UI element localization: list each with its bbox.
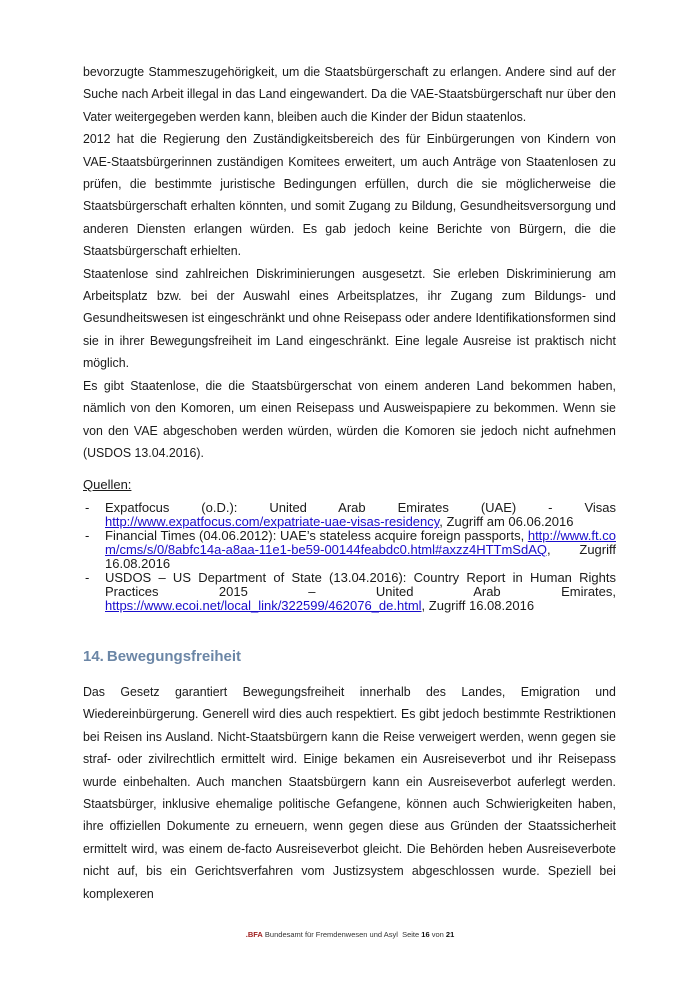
paragraph: Das Gesetz garantiert Bewegungsfreiheit … (83, 681, 616, 905)
paragraph: 2012 hat die Regierung den Zuständigkeit… (83, 128, 616, 262)
of-label: von (432, 930, 444, 939)
list-dash: - (85, 571, 89, 585)
section-heading: 14.Bewegungsfreiheit (83, 648, 241, 665)
section-title: Bewegungsfreiheit (107, 648, 241, 665)
paragraph: Staatenlose sind zahlreichen Diskriminie… (83, 263, 616, 375)
source-text: Expatfocus (o.D.): United Arab Emirates … (105, 500, 616, 515)
paragraph: bevorzugte Stammeszugehörigkeit, um die … (83, 61, 616, 128)
source-link[interactable]: https://www.ecoi.net/local_link/322599/4… (105, 598, 422, 613)
paragraph: Es gibt Staatenlose, die die Staatsbürge… (83, 375, 616, 465)
sources-section: Quellen: - Expatfocus (o.D.): United Ara… (83, 478, 616, 613)
source-item: - USDOS – US Department of State (13.04.… (83, 571, 616, 613)
body-text-top: bevorzugte Stammeszugehörigkeit, um die … (83, 61, 616, 464)
sources-list: - Expatfocus (o.D.): United Arab Emirate… (83, 501, 616, 613)
body-text-section: Das Gesetz garantiert Bewegungsfreiheit … (83, 681, 616, 905)
source-text: Financial Times (04.06.2012): UAE’s stat… (105, 528, 528, 543)
source-access-date: , Zugriff am 06.06.2016 (439, 514, 573, 529)
source-text: USDOS – US Department of State (13.04.20… (105, 570, 616, 599)
source-access-date: , Zugriff 16.08.2016 (422, 598, 535, 613)
footer-org: Bundesamt für Fremdenwesen und Asyl (265, 930, 398, 939)
sources-title: Quellen: (83, 478, 616, 492)
page-total: 21 (446, 930, 454, 939)
source-link[interactable]: http://www.expatfocus.com/expatriate-uae… (105, 514, 439, 529)
page-footer: .BFA Bundesamt für Fremdenwesen und Asyl… (0, 930, 700, 939)
section-number: 14. (83, 648, 104, 665)
list-dash: - (85, 529, 89, 543)
list-dash: - (85, 501, 89, 515)
bfa-logo: .BFA (246, 930, 263, 939)
page-label: Seite (402, 930, 419, 939)
source-item: - Financial Times (04.06.2012): UAE’s st… (83, 529, 616, 571)
page-number: 16 (421, 930, 429, 939)
document-page: bevorzugte Stammeszugehörigkeit, um die … (0, 0, 700, 990)
source-item: - Expatfocus (o.D.): United Arab Emirate… (83, 501, 616, 529)
